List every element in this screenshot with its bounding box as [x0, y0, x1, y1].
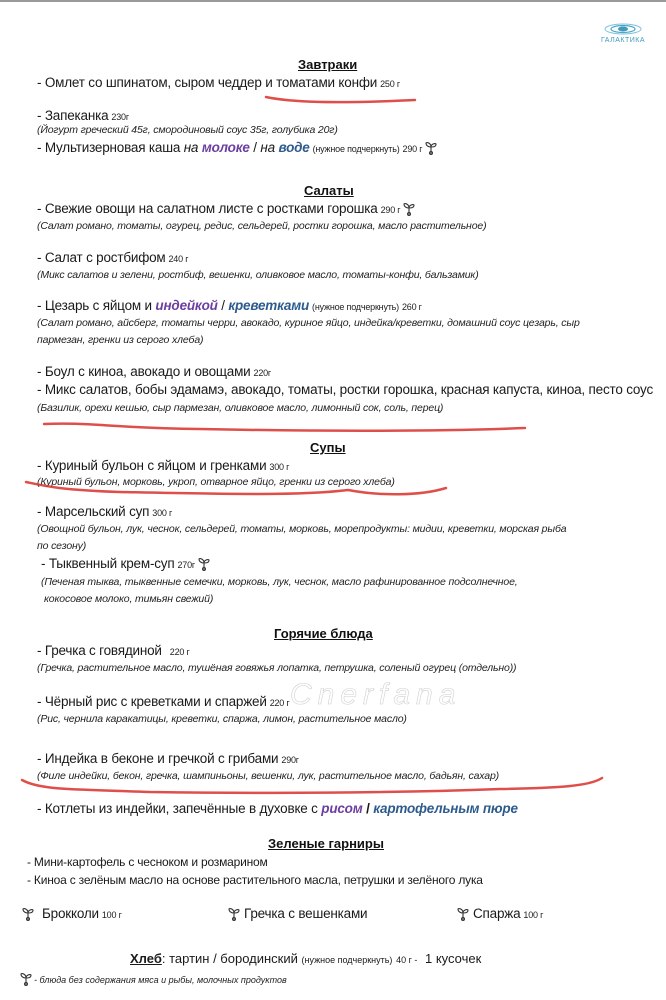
option-milk: молоке [202, 140, 250, 155]
menu-page: Завтраки - Омлет со шпинатом, сыром чедд… [0, 0, 666, 1000]
dish-description-cont: по сезону) [37, 538, 86, 555]
dish-name: - Тыквенный крем-суп [41, 556, 174, 571]
section-title-salads: Салаты [304, 183, 354, 198]
dish-description: (Салат романо, томаты, огурец, редис, се… [37, 218, 486, 235]
dish-weight: 290г [281, 755, 299, 765]
side-name: Гречка с вешенками [244, 906, 367, 921]
sprout-icon [457, 906, 469, 921]
annotation-stroke-bowl [44, 424, 525, 431]
dish-weight: 220г [254, 368, 272, 378]
dish-name: - Свежие овощи на салатном листе с ростк… [37, 201, 378, 216]
dish-description-cont: кокосовое молоко, тимьян свежий) [44, 591, 213, 608]
dish-marseille-soup: - Марсельский суп300 г [37, 504, 172, 519]
side-mini-potato: - Мини-картофель с чесноком и розмарином [27, 855, 268, 869]
side-buckwheat-mushrooms: Гречка с вешенками [228, 906, 367, 921]
bread-label: Хлеб [130, 951, 162, 966]
dish-casserole: - Запеканка230г [37, 108, 129, 123]
side-asparagus: Спаржа100 г [457, 906, 543, 921]
dish-name: - Гречка с говядиной [37, 643, 162, 658]
option-turkey: индейкой [155, 298, 217, 313]
dish-weight: 270г [177, 560, 195, 570]
choice-note: (нужное подчеркнуть) [312, 302, 399, 312]
dish-weight: 260 г [402, 302, 422, 312]
dish-omelet: - Омлет со шпинатом, сыром чеддер и тома… [37, 75, 400, 90]
sprout-icon [20, 971, 32, 986]
section-title-green-sides: Зеленые гарниры [268, 836, 384, 851]
annotation-stroke-omelet [266, 97, 415, 102]
dish-name: - Чёрный рис с креветками и спаржей [37, 694, 267, 709]
dish-weight: 240 г [169, 254, 189, 264]
dish-description-cont: пармезан, гренки из серого хлеба) [37, 332, 203, 349]
dish-porridge: - Мультизерновая каша на молоке / на вод… [37, 140, 437, 155]
dish-weight: 300 г [152, 508, 172, 518]
side-weight: 100 г [102, 910, 122, 920]
legend: - блюда без содержания мяса и рыбы, моло… [20, 971, 287, 986]
side-weight: 100 г [523, 910, 543, 920]
choice-note: (нужное подчеркнуть) [313, 144, 400, 154]
sprout-icon [403, 201, 415, 216]
dish-description: (Филе индейки, бекон, гречка, шампиньоны… [37, 768, 499, 785]
option-mashed-potatoes: картофельным пюре [373, 801, 518, 816]
dish-name: - Омлет со шпинатом, сыром чеддер и тома… [37, 75, 377, 90]
dish-weight: 220 г [270, 698, 290, 708]
dish-name: - Индейка в беконе и гречкой с грибами [37, 751, 278, 766]
dish-name: - Запеканка [37, 108, 108, 123]
dish-description: (Куриный бульон, морковь, укроп, отварно… [37, 474, 395, 491]
dish-description: (Микс салатов и зелени, ростбиф, вешенки… [37, 267, 479, 284]
option-water: воде [278, 140, 309, 155]
dish-description: (Базилик, орехи кешью, сыр пармезан, оли… [37, 400, 443, 417]
option-shrimp: креветками [228, 298, 309, 313]
dish-weight: 250 г [380, 79, 400, 89]
dish-name: - Салат с ростбифом [37, 250, 166, 265]
dish-description: (Овощной бульон, лук, чеснок, сельдерей,… [37, 521, 566, 538]
section-title-hot-dishes: Горячие блюда [274, 626, 373, 641]
bread-line: Хлеб: тартин / бородинский (нужное подче… [130, 951, 481, 966]
sprout-icon [22, 906, 34, 921]
dish-roastbeef-salad: - Салат с ростбифом240 г [37, 250, 188, 265]
dish-weight: 230г [111, 112, 129, 122]
dish-name: - Котлеты из индейки, запечённые в духов… [37, 801, 318, 816]
dish-turkey-cutlets: - Котлеты из индейки, запечённые в духов… [37, 801, 518, 816]
dish-name: - Мультизерновая каша [37, 140, 180, 155]
sprout-icon [198, 556, 210, 571]
section-title-soups: Супы [310, 440, 346, 455]
sprout-icon [228, 906, 240, 921]
watermark: Cnerfana [290, 678, 461, 712]
side-name: Спаржа [473, 906, 520, 921]
dish-quinoa-bowl-composition: - Микс салатов, бобы эдамамэ, авокадо, т… [37, 382, 653, 397]
dish-weight: 290 г [403, 144, 423, 154]
dish-description: (Гречка, растительное масло, тушёная гов… [37, 660, 516, 677]
dish-turkey-bacon: - Индейка в беконе и гречкой с грибами29… [37, 751, 299, 766]
dish-weight: 300 г [269, 462, 289, 472]
dish-caesar: - Цезарь с яйцом и индейкой / креветками… [37, 298, 422, 313]
legend-text: - блюда без содержания мяса и рыбы, моло… [34, 975, 287, 985]
side-broccoli: Брокколи100 г [22, 906, 122, 921]
dish-description: (Печеная тыква, тыквенные семечки, морко… [41, 574, 518, 591]
choice-note: (нужное подчеркнуть) [302, 955, 393, 965]
side-name: Брокколи [42, 906, 99, 921]
dish-buckwheat-beef: - Гречка с говядиной220 г [37, 643, 190, 658]
dish-pumpkin-soup: - Тыквенный крем-суп270г [41, 556, 210, 571]
sprout-icon [425, 140, 437, 155]
dish-name: - Куриный бульон с яйцом и гренками [37, 458, 266, 473]
dish-name: - Марсельский суп [37, 504, 149, 519]
section-title-breakfast: Завтраки [298, 57, 357, 72]
bread-portion: 1 кусочек [425, 951, 481, 966]
dish-description: (Йогурт греческий 45г, смородиновый соус… [37, 122, 338, 139]
dish-name: - Цезарь с яйцом и [37, 298, 152, 313]
dish-name: - Боул с киноа, авокадо и овощами [37, 364, 251, 379]
bread-options: : тартин / бородинский [162, 951, 298, 966]
option-rice: рисом [321, 801, 362, 816]
bread-weight: 40 г - [396, 955, 417, 965]
dish-description: (Рис, чернила каракатицы, креветки, спар… [37, 711, 407, 728]
dish-chicken-broth: - Куриный бульон с яйцом и гренками300 г [37, 458, 289, 473]
side-quinoa: - Киноа с зелёным масло на основе растит… [27, 873, 483, 887]
dish-fresh-vegetables: - Свежие овощи на салатном листе с ростк… [37, 201, 415, 216]
dish-quinoa-bowl: - Боул с киноа, авокадо и овощами220г [37, 364, 271, 379]
dish-weight: 220 г [170, 647, 190, 657]
dish-weight: 290 г [381, 205, 401, 215]
dish-black-rice: - Чёрный рис с креветками и спаржей220 г [37, 694, 290, 709]
dish-description: (Салат романо, айсберг, томаты черри, ав… [37, 315, 580, 332]
